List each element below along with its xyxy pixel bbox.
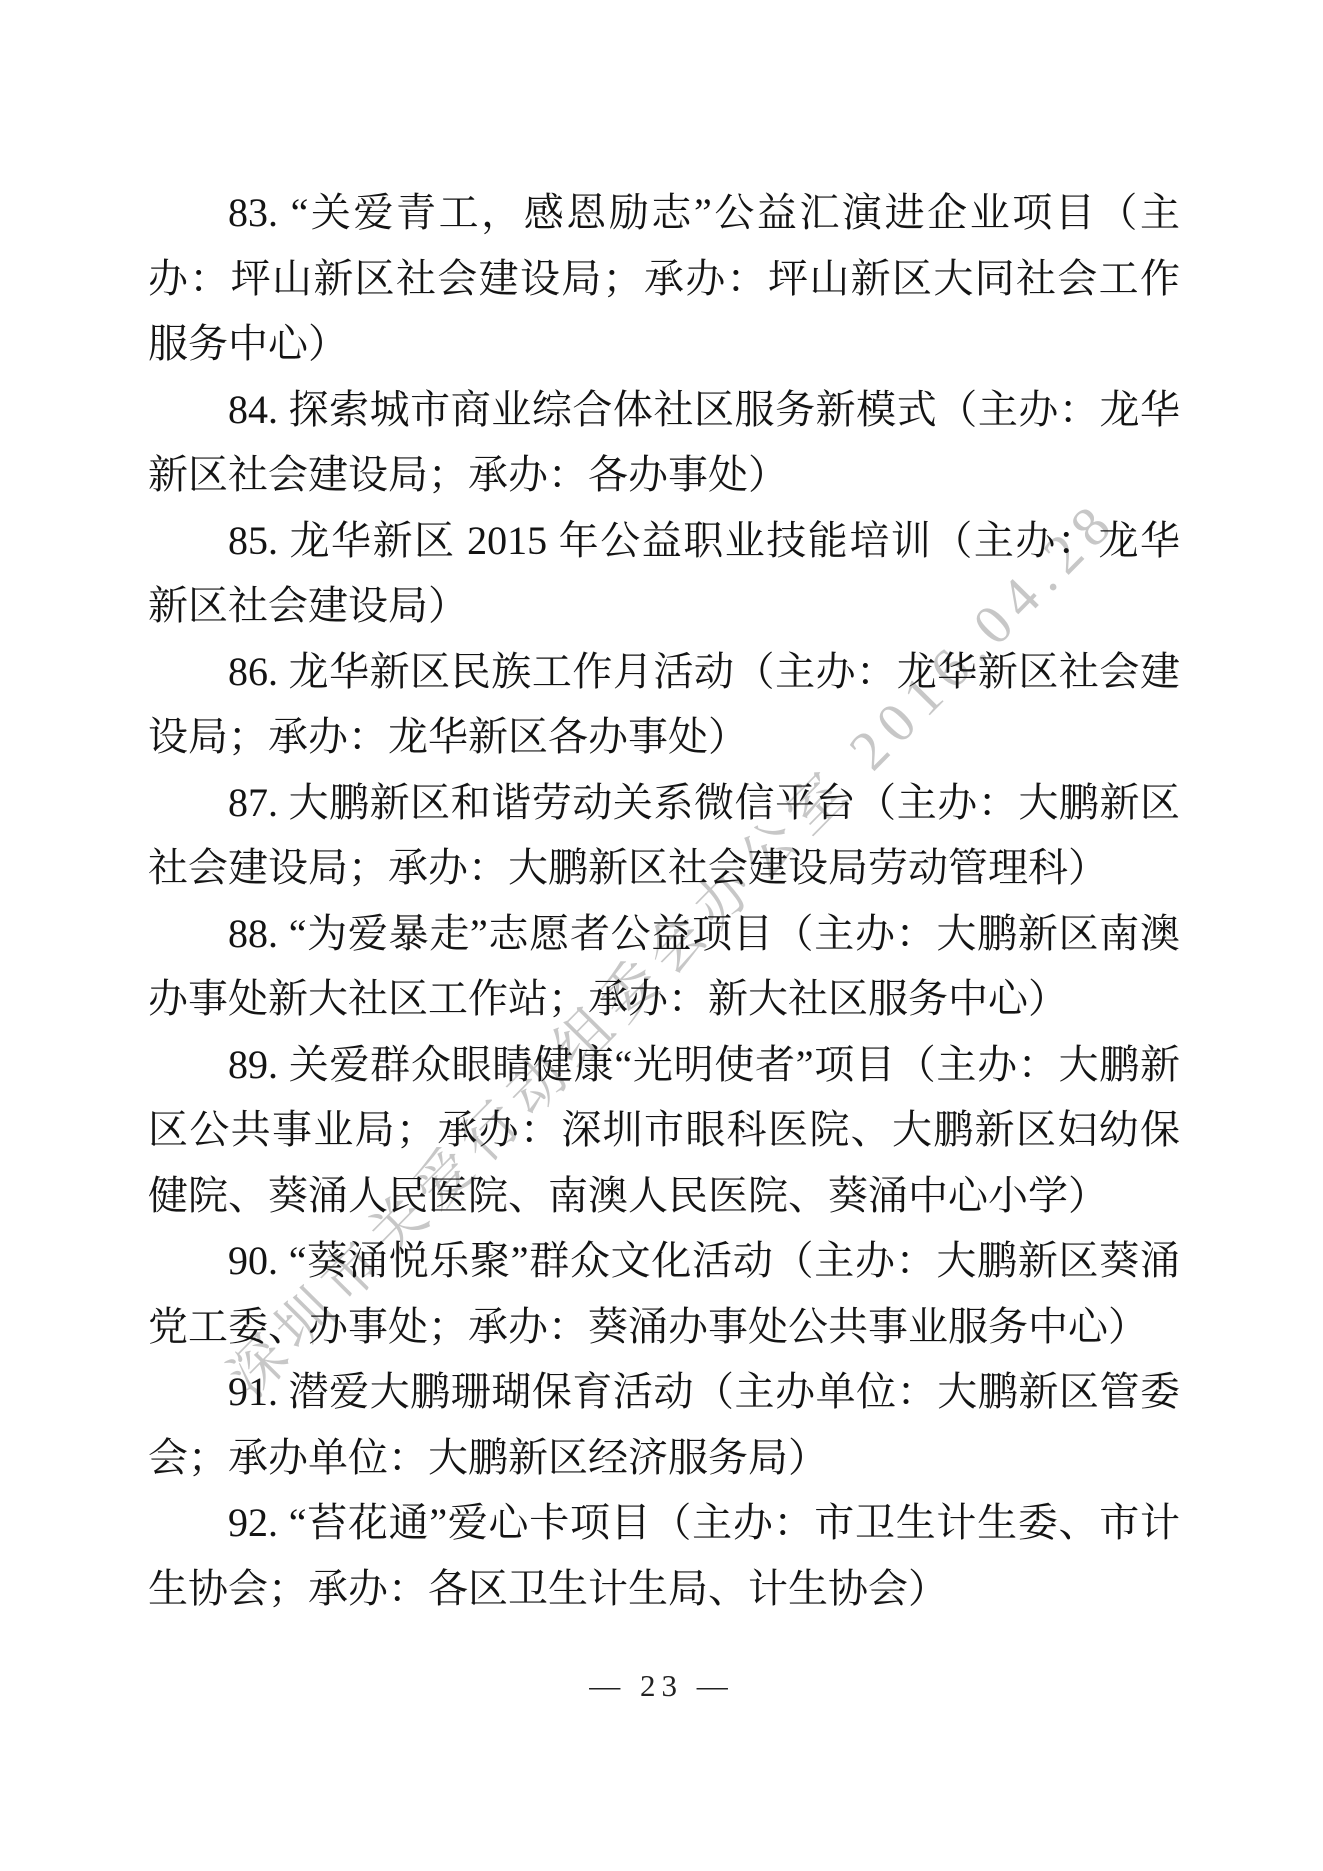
project-item-87: 87. 大鹏新区和谐劳动关系微信平台（主办：大鹏新区社会建设局；承办：大鹏新区社… bbox=[148, 770, 1180, 901]
project-item-88: 88. “为爱暴走”志愿者公益项目（主办：大鹏新区南澳办事处新大社区工作站；承办… bbox=[148, 901, 1180, 1032]
document-page: 深圳市关爱行动组委会办公室 2016.04.28 83. “关爱青工，感恩励志”… bbox=[0, 0, 1323, 1871]
project-item-85: 85. 龙华新区 2015 年公益职业技能培训（主办：龙华新区社会建设局） bbox=[148, 508, 1180, 639]
project-item-90: 90. “葵涌悦乐聚”群众文化活动（主办：大鹏新区葵涌党工委、办事处；承办：葵涌… bbox=[148, 1228, 1180, 1359]
project-item-83: 83. “关爱青工，感恩励志”公益汇演进企业项目（主办：坪山新区社会建设局；承办… bbox=[148, 180, 1180, 377]
document-body: 83. “关爱青工，感恩励志”公益汇演进企业项目（主办：坪山新区社会建设局；承办… bbox=[148, 180, 1180, 1621]
project-item-84: 84. 探索城市商业综合体社区服务新模式（主办：龙华新区社会建设局；承办：各办事… bbox=[148, 377, 1180, 508]
project-item-92: 92. “苔花通”爱心卡项目（主办：市卫生计生委、市计生协会；承办：各区卫生计生… bbox=[148, 1490, 1180, 1621]
project-item-91: 91. 潜爱大鹏珊瑚保育活动（主办单位：大鹏新区管委会；承办单位：大鹏新区经济服… bbox=[148, 1359, 1180, 1490]
project-item-86: 86. 龙华新区民族工作月活动（主办：龙华新区社会建设局；承办：龙华新区各办事处… bbox=[148, 639, 1180, 770]
project-item-89: 89. 关爱群众眼睛健康“光明使者”项目（主办：大鹏新区公共事业局；承办：深圳市… bbox=[148, 1032, 1180, 1229]
page-number: — 23 — bbox=[0, 1668, 1323, 1704]
